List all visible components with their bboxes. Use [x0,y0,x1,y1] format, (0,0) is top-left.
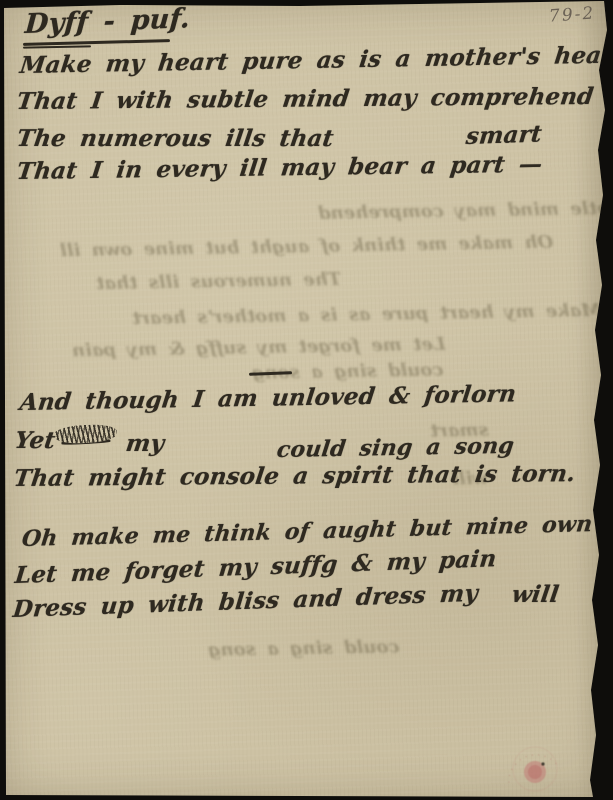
poem-line: That I with subtle mind may comprehend [15,83,595,115]
ink-fleck [541,762,544,765]
manuscript-page: That I with subtle mind may comprehend O… [0,0,613,800]
poem-line: Make my heart pure as is a mother's hear… [18,41,613,79]
show-through-line: That I with subtle mind may comprehend [318,195,613,224]
poem-line: That might console a spirit that is torn… [12,460,577,492]
poem-line: And though I am unloved & forlorn [18,380,517,416]
manuscript-photo: That I with subtle mind may comprehend O… [0,0,613,800]
poem-line: The numerous ills that [15,125,335,152]
stamp-center-blob-inner [528,765,542,779]
poem-line: my [124,430,166,457]
show-through-line: Make my heart pure as is a mother's hear… [132,300,602,329]
show-through-line: The numerous ills that [96,269,341,294]
library-stamp-icon: ··········· [503,741,569,797]
poem-line: Oh make me think of aught but mine own i… [21,510,613,552]
show-through-line: Let me forget my suffg & my pain [72,334,446,362]
stanza-divider-dash [249,371,292,375]
poem-line-inserted-word: smart [465,120,544,150]
title-underline [23,39,170,46]
title-underline-second [23,45,91,48]
poem-line-inserted-phrase: could sing a song [275,433,515,463]
show-through-line: Oh make me think of aught but mine own i… [60,232,553,262]
page-number: 79-2 [548,3,595,26]
poem-line-inserted-word: will [510,581,561,608]
scribbled-out-word [54,423,118,444]
poem-line: That I in every ill may bear a part — [15,151,544,185]
show-through-line: could sing a song [208,636,400,660]
poem-line: Yet [13,427,57,454]
poem-title: Dyff - puf. [24,3,191,40]
